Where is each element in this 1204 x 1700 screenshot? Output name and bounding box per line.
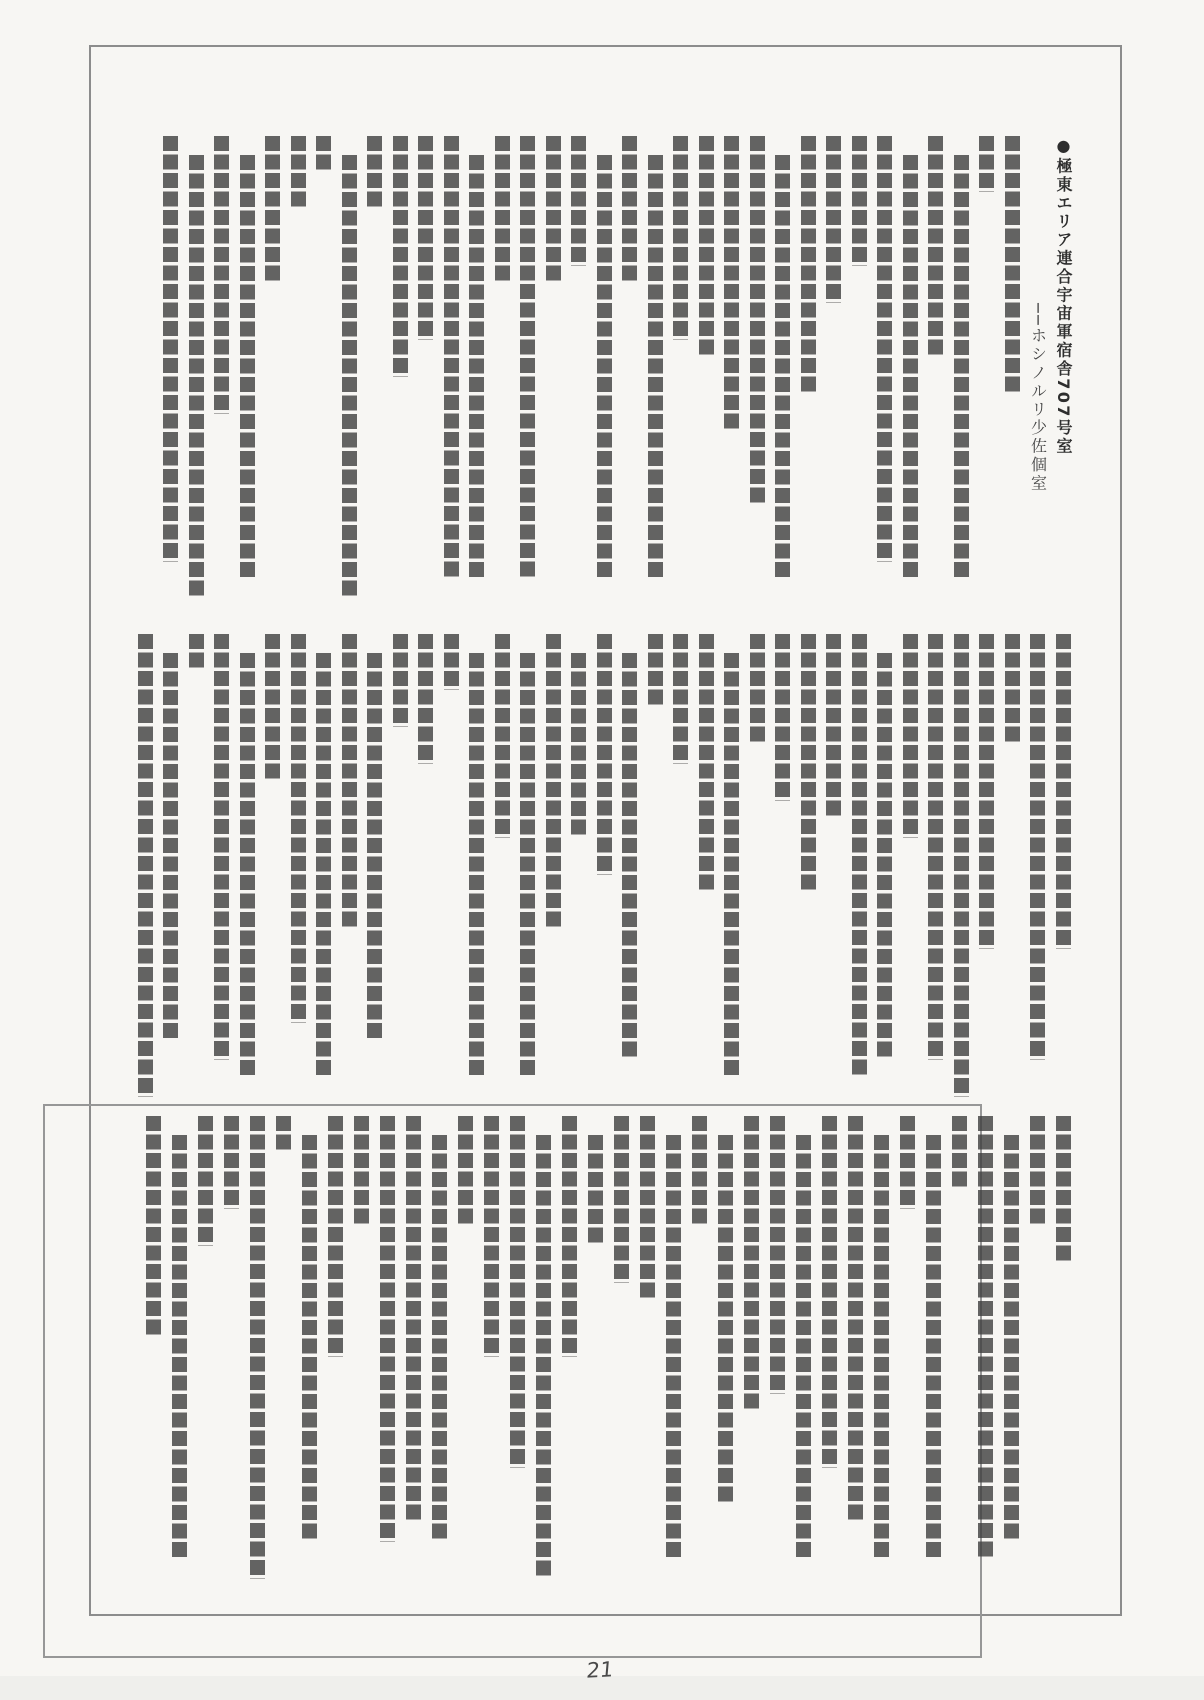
redacted-text-bar <box>852 136 867 266</box>
redacted-text-column <box>1000 634 1026 1104</box>
redacted-text-bar <box>614 1116 629 1283</box>
redacted-text-column <box>972 1116 998 1586</box>
redacted-text-bar <box>750 634 765 745</box>
redacted-text-bar <box>673 634 688 764</box>
redacted-text-bar <box>848 1116 863 1523</box>
redacted-text-bar <box>146 1116 161 1338</box>
redacted-text-column <box>660 1116 686 1586</box>
redacted-text-bar <box>648 634 663 708</box>
redacted-text-column <box>694 136 720 606</box>
redacted-text-column <box>478 1116 504 1586</box>
redacted-text-column <box>582 1116 608 1586</box>
redacted-text-column <box>694 634 720 1104</box>
redacted-text-column <box>452 1116 478 1586</box>
redacted-text-bar <box>276 1116 291 1153</box>
redacted-text-bar <box>418 136 433 340</box>
redacted-text-bar <box>469 155 484 581</box>
redacted-text-column <box>541 136 567 606</box>
redacted-text-bar <box>979 634 994 949</box>
redacted-text-bar <box>801 136 816 395</box>
redacted-text-column <box>348 1116 374 1586</box>
redacted-text-bar <box>1056 634 1071 949</box>
redacted-text-bar <box>265 136 280 284</box>
redacted-text-bar <box>900 1116 915 1209</box>
redacted-text-bar <box>495 634 510 838</box>
redacted-text-column <box>166 1116 192 1586</box>
redacted-text-column <box>668 136 694 606</box>
redacted-text-column <box>209 634 235 1104</box>
redacted-text-column <box>400 1116 426 1586</box>
redacted-text-column <box>541 634 567 1104</box>
redacted-text-column <box>464 634 490 1104</box>
redacted-text-bar <box>750 136 765 506</box>
redacted-text-bar <box>978 1116 993 1560</box>
redacted-text-column <box>322 1116 348 1586</box>
redacted-text-bar <box>640 1116 655 1301</box>
section-title-column: ●極東エリア連合宇宙軍宿舎707号室 <box>1051 136 1077 606</box>
redacted-text-bar <box>826 634 841 819</box>
redacted-text-bar <box>418 634 433 764</box>
redacted-text-column <box>133 634 159 1104</box>
redacted-text-bar <box>724 653 739 1079</box>
redacted-text-column <box>566 136 592 606</box>
redacted-text-bar <box>928 136 943 358</box>
redacted-text-column <box>974 634 1000 1104</box>
redacted-text-bar <box>692 1116 707 1227</box>
redacted-text-column <box>337 634 363 1104</box>
redacted-text-bar <box>562 1116 577 1357</box>
redacted-text-column <box>158 634 184 1104</box>
redacted-text-bar <box>367 653 382 1042</box>
redacted-text-column <box>745 136 771 606</box>
redacted-text-column <box>413 634 439 1104</box>
redacted-text-column <box>311 634 337 1104</box>
redacted-text-column <box>617 136 643 606</box>
redacted-text-column <box>1024 1116 1050 1586</box>
redacted-text-bar <box>597 634 612 875</box>
redacted-text-bar <box>775 155 790 581</box>
redacted-text-column <box>770 634 796 1104</box>
redacted-text-column <box>796 136 822 606</box>
redacted-text-bar <box>250 1116 265 1579</box>
redacted-text-column <box>235 634 261 1104</box>
redacted-text-column <box>770 136 796 606</box>
redacted-text-bar <box>393 634 408 727</box>
redacted-text-column <box>668 634 694 1104</box>
redacted-text-bar <box>189 155 204 599</box>
redacted-text-column <box>1050 1116 1076 1586</box>
redacted-text-bar <box>163 653 178 1042</box>
redacted-text-column <box>184 634 210 1104</box>
redacted-text-bar <box>138 634 153 1097</box>
redacted-text-bar <box>1005 634 1020 745</box>
redacted-text-column <box>184 136 210 606</box>
redacted-text-bar <box>302 1135 317 1542</box>
redacted-text-column <box>898 634 924 1104</box>
redacted-text-bar <box>770 1116 785 1394</box>
redacted-text-bar <box>1030 1116 1045 1227</box>
redacted-text-bar <box>214 136 229 414</box>
redacted-text-column <box>898 136 924 606</box>
redacted-text-bar <box>510 1116 525 1468</box>
redacted-text-column <box>515 136 541 606</box>
redacted-text-bar <box>546 136 561 284</box>
redacted-text-column <box>566 634 592 1104</box>
redacted-text-column <box>286 634 312 1104</box>
redacted-text-bar <box>367 136 382 210</box>
redacted-text-column <box>712 1116 738 1586</box>
redacted-text-bar <box>926 1135 941 1561</box>
text-block-middle <box>133 634 1077 1104</box>
redacted-text-column <box>388 136 414 606</box>
section-subtitle-column: ──ホシノルリ少佐個室 <box>1025 136 1051 606</box>
redacted-text-column <box>796 634 822 1104</box>
redacted-text-bar <box>291 136 306 210</box>
redacted-text-bar <box>380 1116 395 1542</box>
redacted-text-column <box>1025 634 1051 1104</box>
redacted-text-column <box>235 136 261 606</box>
redacted-text-bar <box>744 1116 759 1412</box>
redacted-text-column <box>643 136 669 606</box>
redacted-text-column <box>847 136 873 606</box>
redacted-text-bar <box>520 653 535 1079</box>
redacted-text-column <box>362 136 388 606</box>
redacted-text-column <box>764 1116 790 1586</box>
redacted-text-bar <box>1005 136 1020 395</box>
redacted-text-bar <box>172 1135 187 1561</box>
redacted-text-bar <box>903 155 918 581</box>
redacted-text-bar <box>928 634 943 1060</box>
redacted-text-bar <box>316 136 331 173</box>
redacted-text-bar <box>874 1135 889 1561</box>
redacted-text-column <box>218 1116 244 1586</box>
redacted-text-column <box>296 1116 322 1586</box>
redacted-text-column <box>413 136 439 606</box>
redacted-text-bar <box>648 155 663 581</box>
redacted-text-column <box>617 634 643 1104</box>
redacted-text-column <box>738 1116 764 1586</box>
redacted-text-bar <box>822 1116 837 1468</box>
redacted-text-bar <box>877 136 892 562</box>
redacted-text-column <box>821 634 847 1104</box>
redacted-text-column <box>719 136 745 606</box>
redacted-text-bar <box>406 1116 421 1523</box>
redacted-text-column <box>592 634 618 1104</box>
text-block-bottom <box>140 1116 1076 1586</box>
redacted-text-bar <box>198 1116 213 1246</box>
redacted-text-column <box>894 1116 920 1586</box>
redacted-text-column <box>209 136 235 606</box>
redacted-text-column <box>439 634 465 1104</box>
redacted-text-bar <box>597 155 612 581</box>
redacted-text-column <box>643 634 669 1104</box>
redacted-text-column <box>260 136 286 606</box>
redacted-text-column <box>923 634 949 1104</box>
redacted-text-bar <box>826 136 841 303</box>
redacted-text-column <box>592 136 618 606</box>
redacted-text-column <box>388 634 414 1104</box>
redacted-text-column <box>949 136 975 606</box>
redacted-text-column <box>374 1116 400 1586</box>
redacted-text-column <box>504 1116 530 1586</box>
redacted-text-bar <box>718 1135 733 1505</box>
redacted-text-bar <box>546 634 561 930</box>
page-number: 21 <box>577 1657 623 1683</box>
redacted-text-bar <box>571 136 586 266</box>
redacted-text-bar <box>469 653 484 1079</box>
redacted-text-column <box>490 634 516 1104</box>
redacted-text-bar <box>666 1135 681 1561</box>
redacted-text-bar <box>775 634 790 801</box>
redacted-text-column <box>530 1116 556 1586</box>
redacted-text-column <box>556 1116 582 1586</box>
redacted-text-column <box>608 1116 634 1586</box>
redacted-text-bar <box>622 136 637 284</box>
redacted-text-bar <box>189 634 204 671</box>
redacted-text-bar <box>458 1116 473 1227</box>
redacted-text-bar <box>903 634 918 838</box>
redacted-text-bar <box>852 634 867 1078</box>
redacted-text-column <box>1000 136 1026 606</box>
redacted-text-bar <box>214 634 229 1060</box>
redacted-text-bar <box>699 634 714 893</box>
redacted-text-column <box>949 634 975 1104</box>
redacted-text-bar <box>1030 634 1045 1060</box>
redacted-text-bar <box>571 653 586 838</box>
redacted-text-bar <box>699 136 714 358</box>
redacted-text-bar <box>342 634 357 930</box>
redacted-text-bar <box>877 653 892 1060</box>
redacted-text-column <box>192 1116 218 1586</box>
redacted-text-column <box>790 1116 816 1586</box>
redacted-text-column <box>923 136 949 606</box>
redacted-text-column <box>337 136 363 606</box>
redacted-text-column <box>974 136 1000 606</box>
redacted-text-column <box>816 1116 842 1586</box>
redacted-text-column <box>311 136 337 606</box>
redacted-text-column <box>362 634 388 1104</box>
redacted-text-bar <box>163 136 178 562</box>
redacted-text-column <box>821 136 847 606</box>
redacted-text-bar <box>444 634 459 690</box>
redacted-text-bar <box>979 136 994 192</box>
redacted-text-bar <box>316 653 331 1079</box>
redacted-text-bar <box>484 1116 499 1357</box>
redacted-text-bar <box>495 136 510 284</box>
redacted-text-column <box>244 1116 270 1586</box>
redacted-text-column <box>286 136 312 606</box>
redacted-text-column <box>260 634 286 1104</box>
redacted-text-column <box>464 136 490 606</box>
redacted-text-bar <box>240 155 255 581</box>
redacted-text-bar <box>952 1116 967 1190</box>
redacted-text-bar <box>622 653 637 1060</box>
redacted-text-column <box>140 1116 166 1586</box>
redacted-text-column <box>920 1116 946 1586</box>
redacted-text-bar <box>328 1116 343 1357</box>
redacted-text-column <box>439 136 465 606</box>
redacted-text-column <box>270 1116 296 1586</box>
redacted-text-column <box>745 634 771 1104</box>
redacted-text-column <box>719 634 745 1104</box>
redacted-text-bar <box>588 1135 603 1246</box>
redacted-text-bar <box>673 136 688 340</box>
redacted-text-bar <box>224 1116 239 1209</box>
redacted-text-bar <box>520 136 535 580</box>
redacted-text-bar <box>1056 1116 1071 1264</box>
redacted-text-bar <box>801 634 816 893</box>
redacted-text-bar <box>954 634 969 1097</box>
redacted-text-bar <box>354 1116 369 1227</box>
redacted-text-column <box>158 136 184 606</box>
redacted-text-column <box>998 1116 1024 1586</box>
text-block-top: ●極東エリア連合宇宙軍宿舎707号室──ホシノルリ少佐個室 <box>158 136 1076 606</box>
redacted-text-bar <box>796 1135 811 1561</box>
redacted-text-column <box>515 634 541 1104</box>
redacted-text-column <box>686 1116 712 1586</box>
redacted-text-column <box>634 1116 660 1586</box>
redacted-text-bar <box>1004 1135 1019 1542</box>
redacted-text-bar <box>240 653 255 1079</box>
redacted-text-bar <box>265 634 280 782</box>
redacted-text-column <box>1051 634 1077 1104</box>
redacted-text-bar <box>342 155 357 599</box>
redacted-text-bar <box>954 155 969 581</box>
redacted-text-column <box>946 1116 972 1586</box>
redacted-text-bar <box>393 136 408 377</box>
redacted-text-bar <box>536 1135 551 1579</box>
redacted-text-bar <box>432 1135 447 1542</box>
redacted-text-column <box>490 136 516 606</box>
redacted-text-column <box>426 1116 452 1586</box>
redacted-text-column <box>872 634 898 1104</box>
redacted-text-bar <box>291 634 306 1023</box>
redacted-text-bar <box>724 136 739 432</box>
redacted-text-bar <box>444 136 459 580</box>
redacted-text-column <box>842 1116 868 1586</box>
redacted-text-column <box>847 634 873 1104</box>
redacted-text-column <box>868 1116 894 1586</box>
redacted-text-column <box>872 136 898 606</box>
